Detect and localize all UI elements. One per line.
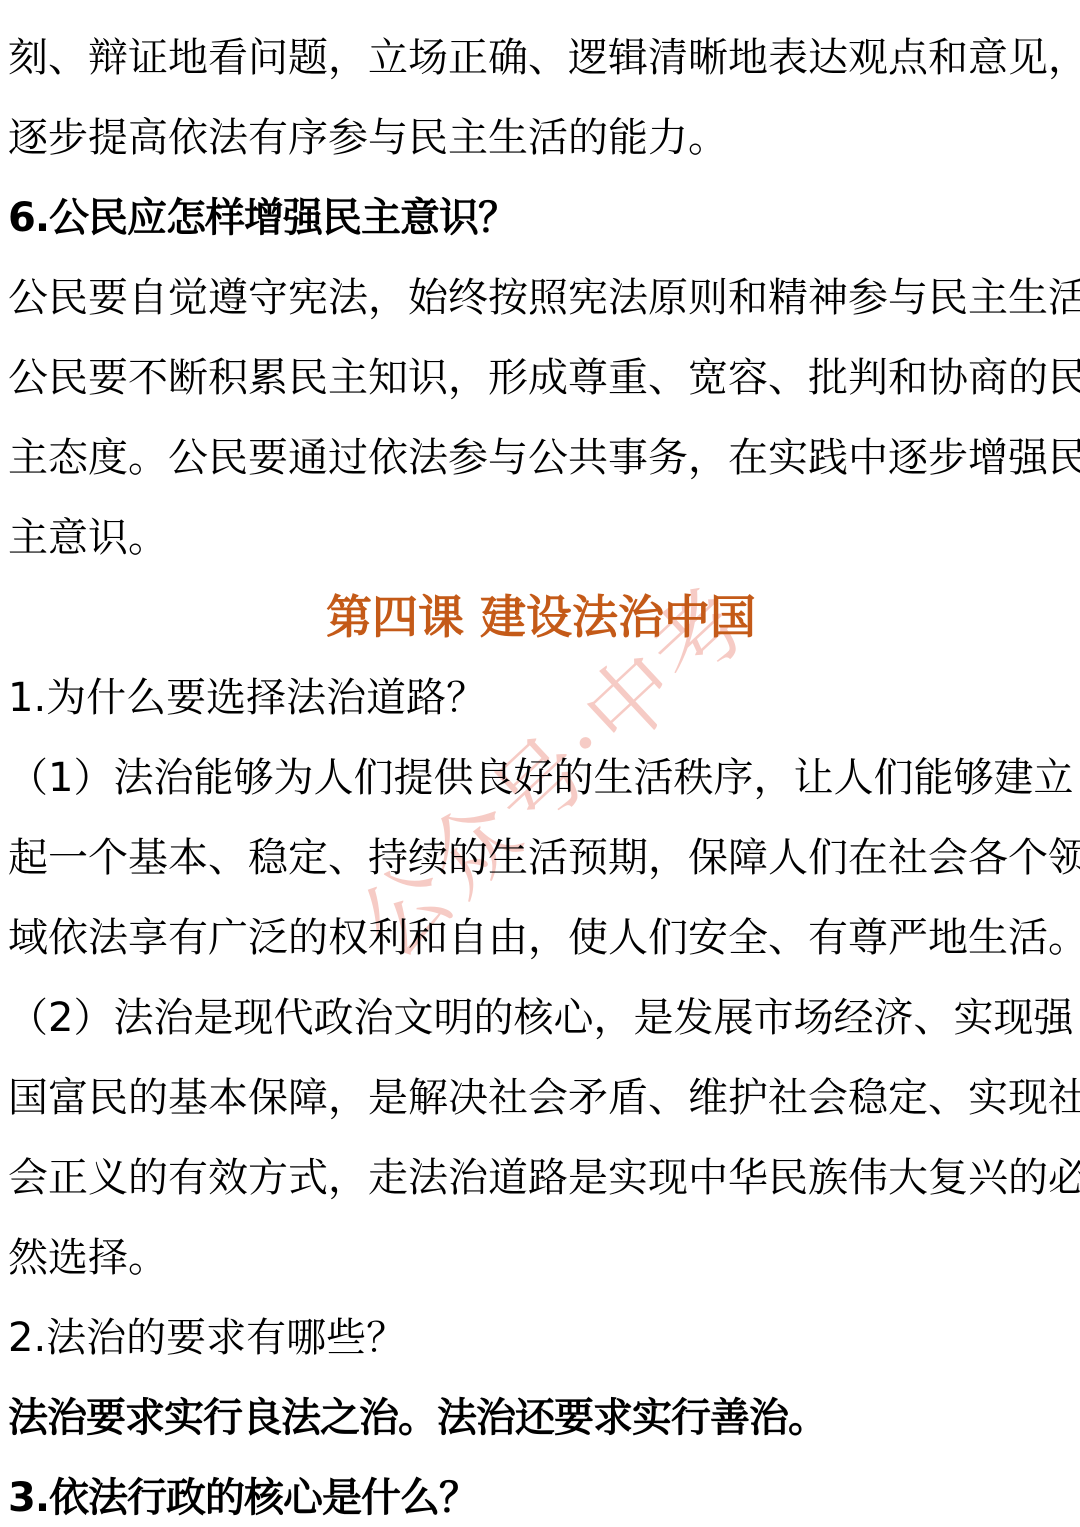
text-line: （2）法治是现代政治文明的核心，是发展市场经济、实现强: [8, 974, 1074, 1054]
text-line: 2.法治的要求有哪些？: [8, 1294, 1074, 1374]
text-line: 主态度。公民要通过依法参与公共事务，在实践中逐步增强民: [8, 414, 1074, 494]
document-page: 公众号·中考 刻、辩证地看问题，立场正确、逻辑清晰地表达观点和意见，逐步提高依法…: [0, 0, 1080, 1527]
text-line: 刻、辩证地看问题，立场正确、逻辑清晰地表达观点和意见，: [8, 14, 1074, 94]
document-body: 刻、辩证地看问题，立场正确、逻辑清晰地表达观点和意见，逐步提高依法有序参与民主生…: [0, 0, 1080, 1527]
question-heading: 3.依法行政的核心是什么？: [8, 1454, 1074, 1527]
text-line: 1.为什么要选择法治道路？: [8, 654, 1074, 734]
answer-line: 法治要求实行良法之治。法治还要求实行善治。: [8, 1374, 1074, 1454]
text-line: 会正义的有效方式，走法治道路是实现中华民族伟大复兴的必: [8, 1134, 1074, 1214]
text-line: 国富民的基本保障，是解决社会矛盾、维护社会稳定、实现社: [8, 1054, 1074, 1134]
text-line: 公民要不断积累民主知识，形成尊重、宽容、批判和协商的民: [8, 334, 1074, 414]
question-heading: 6.公民应怎样增强民主意识？: [8, 174, 1074, 254]
text-line: 主意识。: [8, 494, 1074, 574]
text-line: 然选择。: [8, 1214, 1074, 1294]
text-line: 起一个基本、稳定、持续的生活预期，保障人们在社会各个领: [8, 814, 1074, 894]
text-line: 逐步提高依法有序参与民主生活的能力。: [8, 94, 1074, 174]
text-line: 域依法享有广泛的权利和自由，使人们安全、有尊严地生活。: [8, 894, 1074, 974]
chapter-heading: 第四课 建设法治中国: [8, 574, 1074, 654]
text-line: （1）法治能够为人们提供良好的生活秩序，让人们能够建立: [8, 734, 1074, 814]
text-line: 公民要自觉遵守宪法，始终按照宪法原则和精神参与民主生活。: [8, 254, 1074, 334]
